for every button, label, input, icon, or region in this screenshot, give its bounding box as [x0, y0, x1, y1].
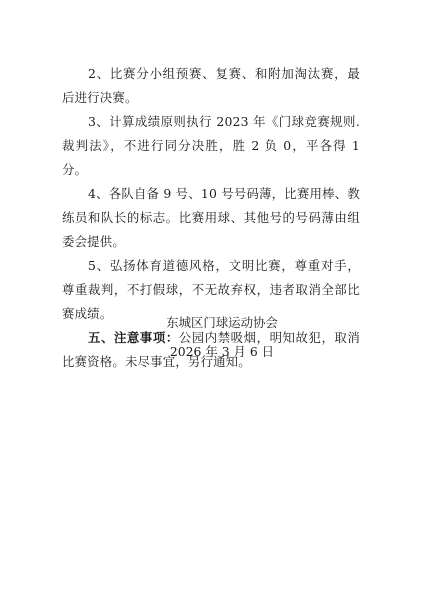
- document-page: 2、比赛分小组预赛、复赛、和附加淘汰赛，最后进行决赛。 3、计算成绩原则执行 2…: [0, 0, 428, 600]
- rule-paragraph-4: 4、各队自备 9 号、10 号号码薄，比赛用棒、教练员和队长的标志。比赛用球、其…: [62, 182, 360, 254]
- rule-paragraph-2: 2、比赛分小组预赛、复赛、和附加淘汰赛，最后进行决赛。: [62, 62, 360, 110]
- rule-paragraph-3: 3、计算成绩原则执行 2023 年《门球竞赛规则. 裁判法》，不进行同分决胜，胜…: [62, 110, 360, 182]
- signature-organization: 东城区门球运动协会: [0, 313, 428, 331]
- signature-date: 2026 年 3 月 6 日: [0, 342, 428, 360]
